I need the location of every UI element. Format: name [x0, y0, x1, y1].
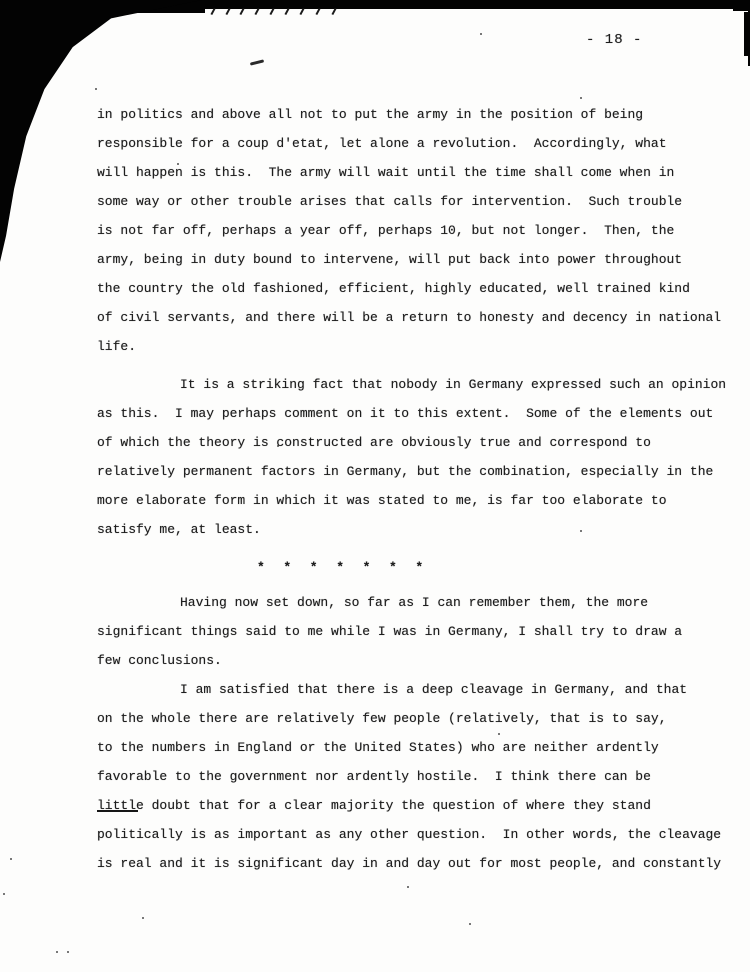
scan-tick-mark — [210, 8, 215, 15]
text-line: is not far off, perhaps a year off, perh… — [97, 216, 732, 245]
scan-tick-mark — [239, 8, 244, 15]
text-line: to the numbers in England or the United … — [97, 733, 732, 762]
text-line: favorable to the government nor ardently… — [97, 762, 732, 791]
text-line: few conclusions. — [97, 646, 732, 675]
text-line: relatively permanent factors in Germany,… — [97, 457, 732, 486]
scan-tick-mark — [225, 8, 230, 15]
ink-speck — [286, 629, 288, 631]
document-body: in politics and above all not to put the… — [97, 100, 732, 878]
text-line: some way or other trouble arises that ca… — [97, 187, 732, 216]
scan-tick-mark — [254, 8, 259, 15]
text-line: politically is as important as any other… — [97, 820, 732, 849]
scan-tick-mark — [284, 8, 289, 15]
text-line: satisfy me, at least. — [97, 515, 732, 544]
text-line: of which the theory is constructed are o… — [97, 428, 732, 457]
ink-speck — [407, 886, 409, 888]
text-line: responsible for a coup d'etat, let alone… — [97, 129, 732, 158]
text-line: Having now set down, so far as I can rem… — [97, 588, 732, 617]
ink-speck — [3, 893, 5, 895]
ink-smudge — [250, 59, 264, 65]
text-line: life. — [97, 332, 732, 361]
scan-tick-mark — [269, 8, 274, 15]
document-page: - 18 - in politics and above all not to … — [0, 0, 750, 972]
page-number: - 18 - — [586, 33, 642, 47]
text-line: in politics and above all not to put the… — [97, 100, 732, 129]
ink-speck — [580, 530, 582, 532]
text-line: little doubt that for a clear majority t… — [97, 791, 732, 820]
ink-speck — [142, 917, 144, 919]
ink-speck — [480, 33, 482, 35]
text-line: as this. I may perhaps comment on it to … — [97, 399, 732, 428]
ink-speck — [10, 858, 12, 860]
text-line: It is a striking fact that nobody in Ger… — [97, 370, 732, 399]
text-line: is real and it is significant day in and… — [97, 849, 732, 878]
scan-tick-mark — [299, 8, 304, 15]
text-line: I am satisfied that there is a deep clea… — [97, 675, 732, 704]
text-line: army, being in duty bound to intervene, … — [97, 245, 732, 274]
scanned-document-screenshot: { "page": { "number": "- 18 -" }, "separ… — [0, 0, 750, 972]
asterisk-separator: * * * * * * * — [97, 553, 732, 582]
ink-speck — [67, 951, 69, 953]
text-line: the country the old fashioned, efficient… — [97, 274, 732, 303]
text-line: on the whole there are relatively few pe… — [97, 704, 732, 733]
ink-speck — [580, 97, 582, 99]
text-line: significant things said to me while I wa… — [97, 617, 732, 646]
ink-speck — [469, 923, 471, 925]
ink-speck — [498, 733, 500, 735]
text-line: of civil servants, and there will be a r… — [97, 303, 732, 332]
text-line: will happen is this. The army will wait … — [97, 158, 732, 187]
ink-speck — [277, 445, 279, 447]
ink-speck — [95, 88, 97, 90]
ink-speck — [56, 951, 58, 953]
scan-tick-mark — [331, 8, 336, 15]
underline-mark — [97, 810, 138, 812]
scan-tick-mark — [315, 8, 320, 15]
ink-speck — [177, 163, 179, 165]
text-line: more elaborate form in which it was stat… — [97, 486, 732, 515]
